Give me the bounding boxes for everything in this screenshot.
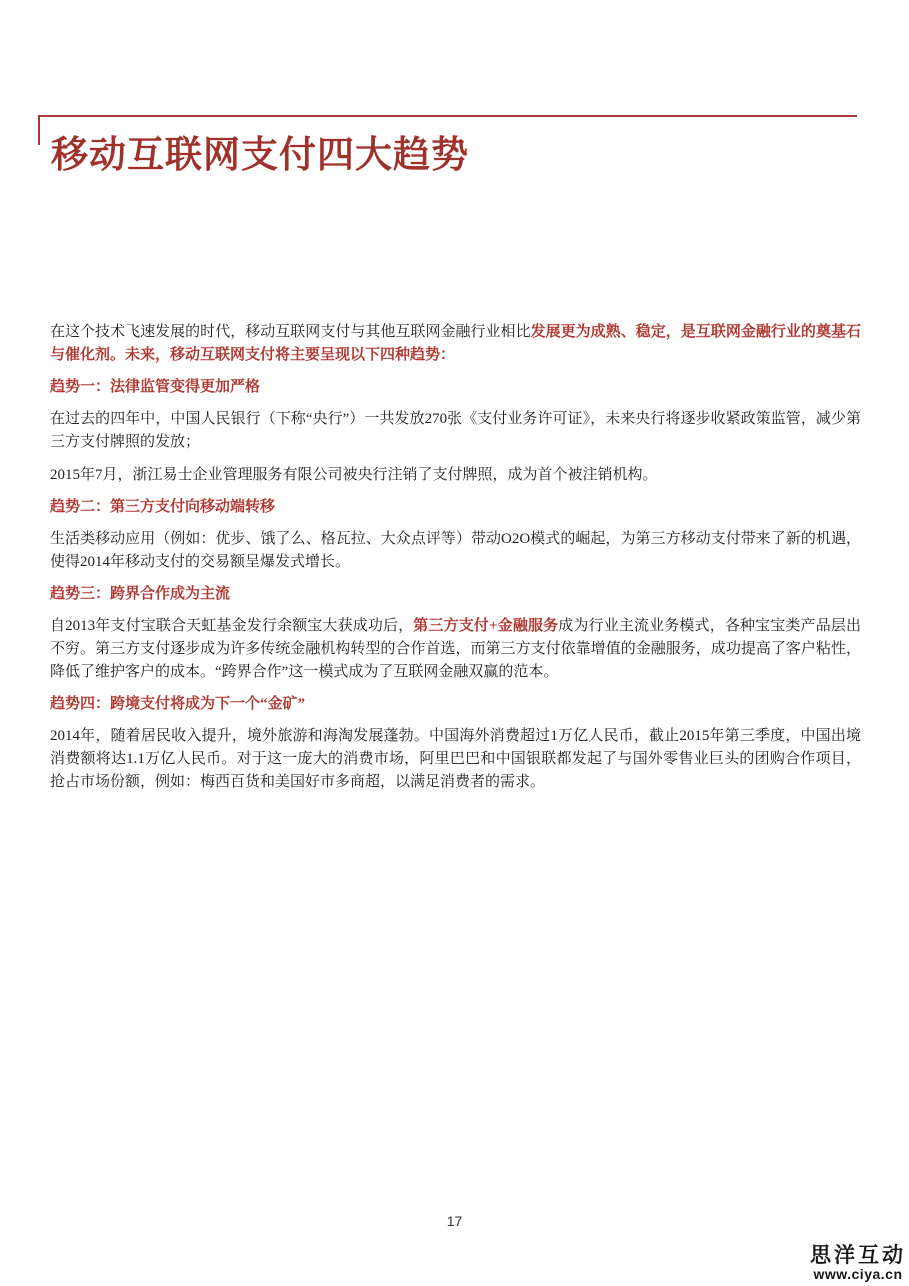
intro-paragraph: 在这个技术飞速发展的时代，移动互联网支付与其他互联网金融行业相比发展更为成熟、稳…	[50, 321, 861, 367]
section-heading-trend-3: 趋势三：跨界合作成为主流	[50, 584, 861, 604]
page-title: 移动互联网支付四大趋势	[51, 124, 469, 178]
watermark: 思洋互动 www.ciya.cn	[810, 1245, 906, 1282]
title-top-rule	[38, 115, 857, 117]
trend-3-paragraph-1: 自2013年支付宝联合天虹基金发行余额宝大获成功后，第三方支付+金融服务成为行业…	[50, 615, 861, 684]
section-heading-trend-2: 趋势二：第三方支付向移动端转移	[50, 497, 861, 517]
trend-1-paragraph-2: 2015年7月，浙江易士企业管理服务有限公司被央行注销了支付牌照，成为首个被注销…	[50, 464, 861, 487]
trend-1-paragraph-1: 在过去的四年中，中国人民银行（下称“央行”）一共发放270张《支付业务许可证》，…	[50, 408, 861, 454]
title-left-tick	[38, 115, 40, 145]
trend-2-paragraph-1: 生活类移动应用（例如：优步、饿了么、格瓦拉、大众点评等）带动O2O模式的崛起，为…	[50, 528, 861, 574]
document-page: 移动互联网支付四大趋势 在这个技术飞速发展的时代，移动互联网支付与其他互联网金融…	[0, 0, 909, 1286]
page-number: 17	[0, 1213, 909, 1229]
trend-3-text-normal-1: 自2013年支付宝联合天虹基金发行余额宝大获成功后，	[50, 618, 413, 634]
body-content: 在这个技术飞速发展的时代，移动互联网支付与其他互联网金融行业相比发展更为成熟、稳…	[50, 321, 861, 804]
intro-text-normal: 在这个技术飞速发展的时代，移动互联网支付与其他互联网金融行业相比	[50, 324, 531, 340]
watermark-url: www.ciya.cn	[810, 1266, 906, 1282]
trend-4-paragraph-1: 2014年，随着居民收入提升，境外旅游和海淘发展蓬勃。中国海外消费超过1万亿人民…	[50, 725, 861, 794]
trend-3-text-highlight: 第三方支付+金融服务	[413, 618, 558, 634]
section-heading-trend-1: 趋势一：法律监管变得更加严格	[50, 377, 861, 397]
section-heading-trend-4: 趋势四：跨境支付将成为下一个“金矿”	[50, 694, 861, 714]
watermark-brand: 思洋互动	[810, 1245, 906, 1266]
